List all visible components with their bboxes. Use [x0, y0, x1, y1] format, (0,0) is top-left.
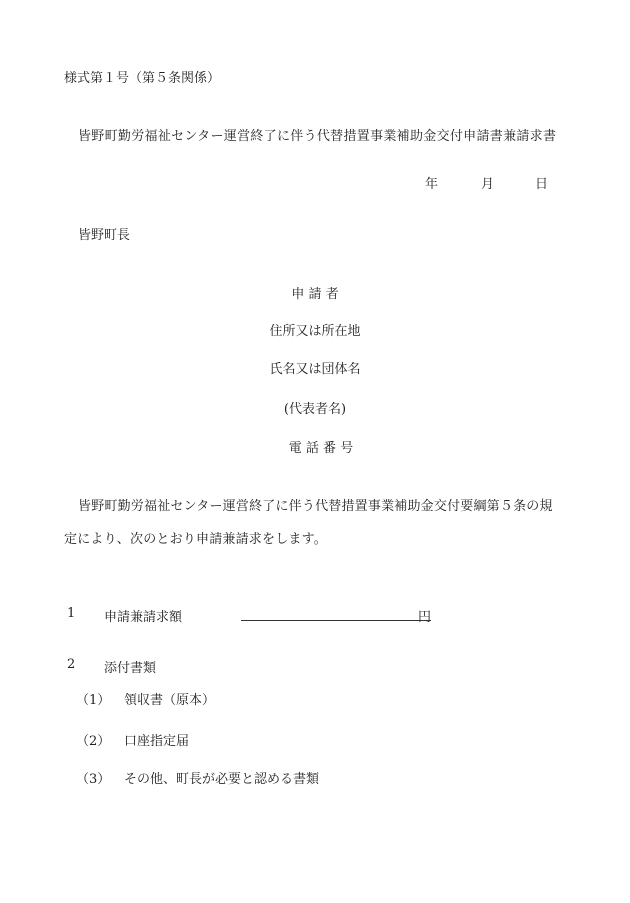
attachment-1-label: 領収書（原本） — [124, 689, 215, 708]
item-2-number: 2 — [67, 657, 75, 672]
document-title: 皆野町勤労福祉センター運営終了に伴う代替措置事業補助金交付申請書兼請求書 — [78, 125, 556, 144]
date-day-label: 日 — [535, 173, 548, 192]
attachment-2-number: （2） — [76, 730, 110, 749]
item-2-label: 添付書類 — [104, 657, 156, 676]
applicant-address-label: 住所又は所在地 — [0, 320, 630, 339]
body-text-line1: 皆野町勤労福祉センター運営終了に伴う代替措置事業補助金交付要綱第５条の規 — [78, 495, 553, 514]
form-number: 様式第１号（第５条関係） — [64, 67, 220, 86]
body-text-line2: 定により、次のとおり申請兼請求をします。 — [64, 528, 327, 547]
attachment-3-label: その他、町長が必要と認める書類 — [124, 768, 319, 787]
attachment-2-label: 口座指定届 — [124, 730, 189, 749]
addressee: 皆野町長 — [78, 224, 130, 243]
applicant-representative-label: (代表者名) — [0, 398, 630, 417]
date-month-label: 月 — [481, 173, 494, 192]
applicant-heading: 申 請 者 — [0, 283, 630, 302]
amount-input-line[interactable] — [241, 620, 431, 621]
yen-unit: 円 — [418, 606, 431, 625]
attachment-1-number: （1） — [76, 689, 110, 708]
item-1-label: 申請兼請求額 — [104, 606, 182, 625]
attachment-3-number: （3） — [76, 768, 110, 787]
applicant-name-label: 氏名又は団体名 — [0, 358, 630, 377]
applicant-phone-label: 電 話 番 号 — [6, 437, 630, 456]
item-1-number: 1 — [67, 606, 75, 621]
date-year-label: 年 — [425, 173, 438, 192]
